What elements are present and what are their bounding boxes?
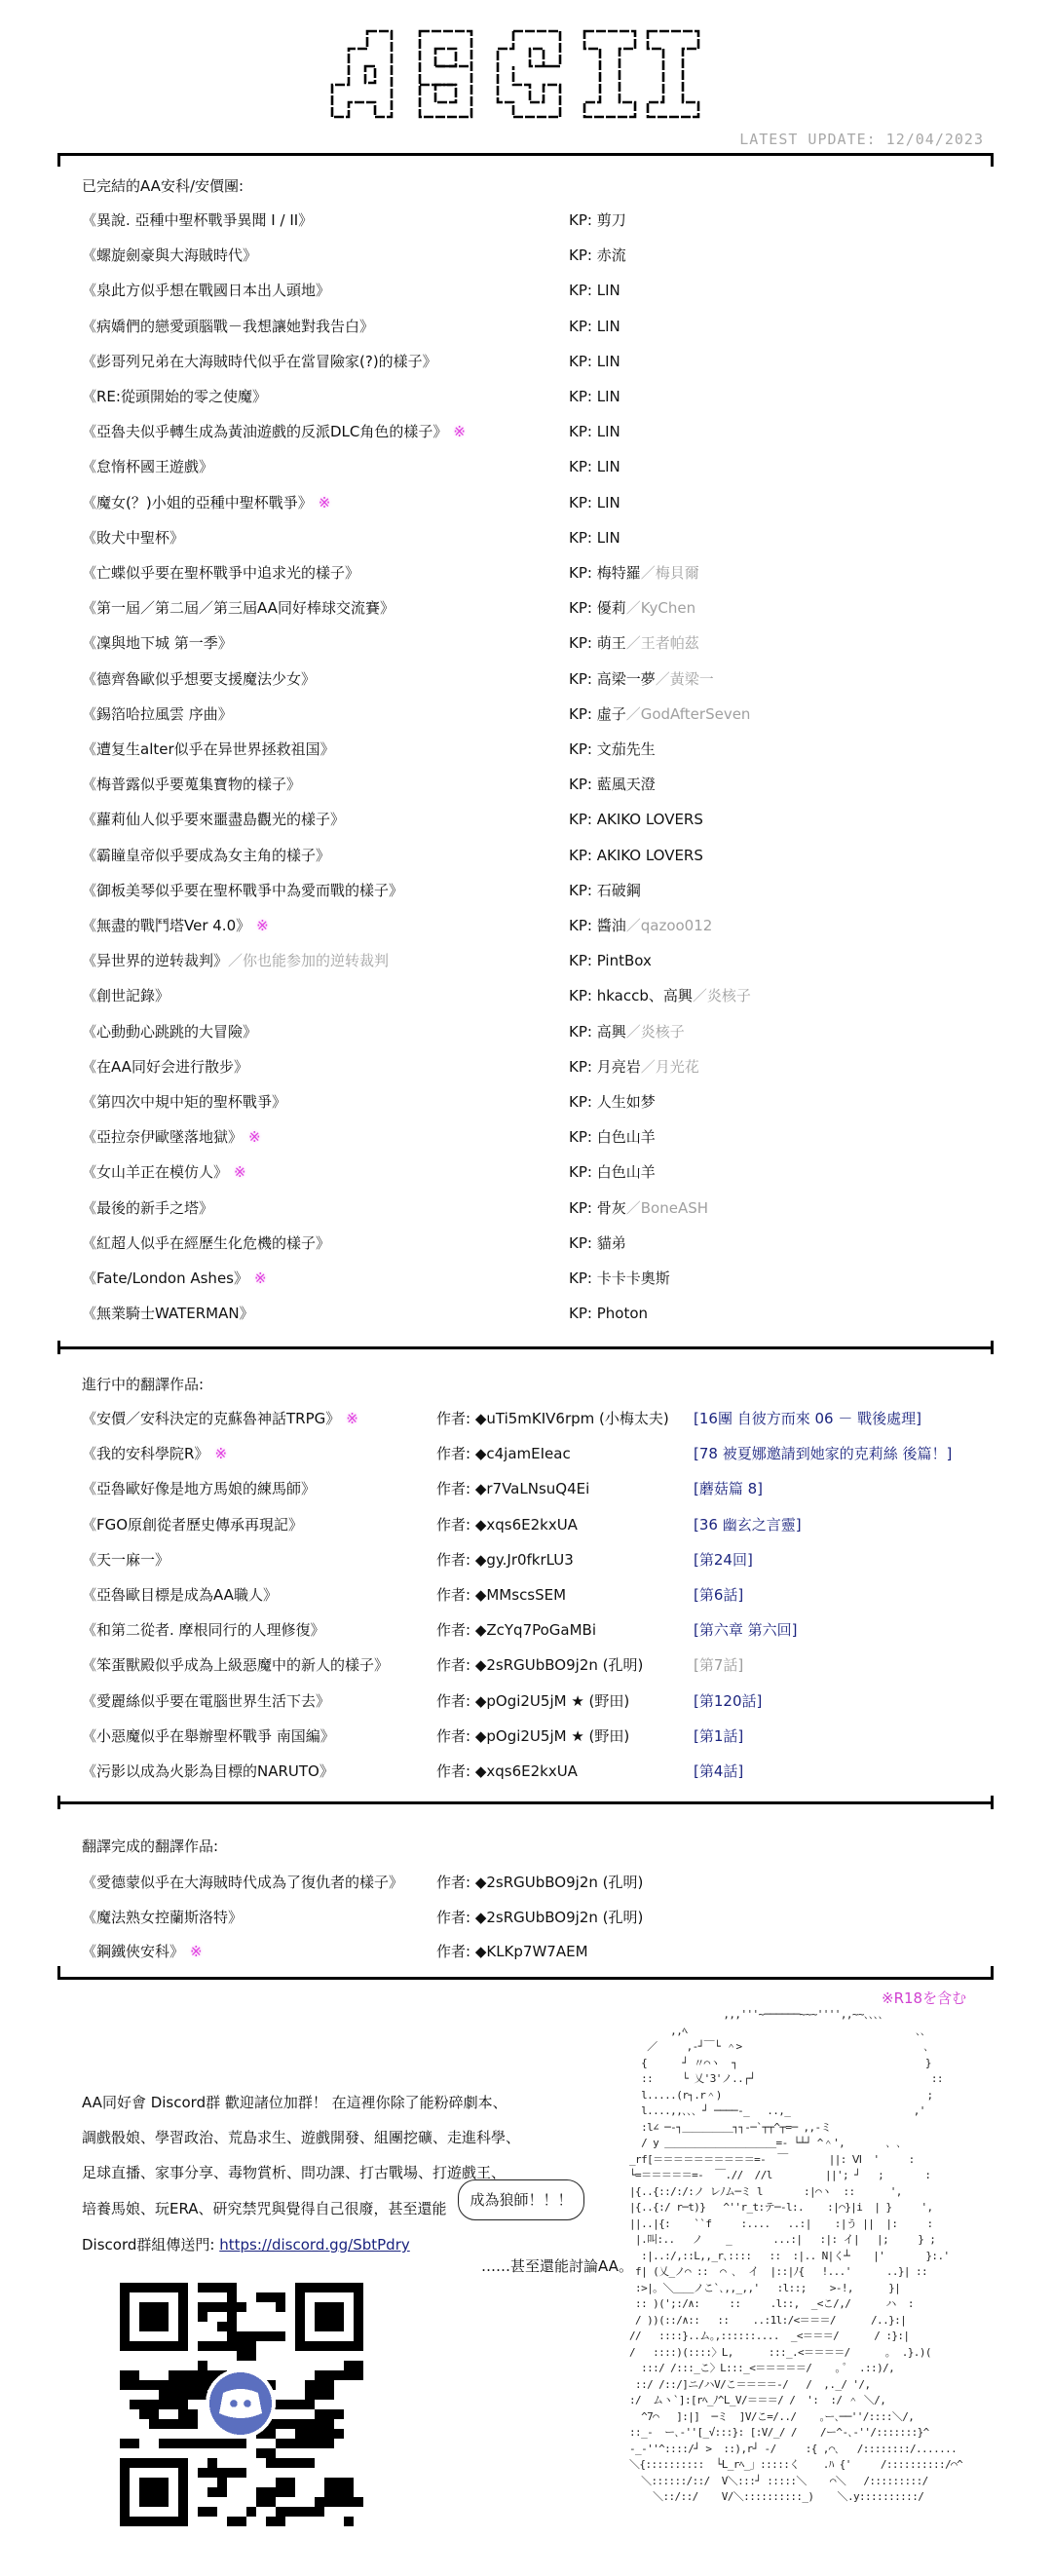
list-item-kp: KP: 虛子／GodAfterSeven <box>569 702 750 726</box>
author-name: ◆pOgi2U5jM ★ (野田) <box>475 1727 629 1745</box>
list-item-author: 作者: ◆xqs6E2kxUA <box>436 1513 578 1536</box>
kp-label: KP: <box>569 1269 597 1287</box>
work-title: 《亞魯夫似乎轉生成為黃油遊戲的反派DLC角色的樣子》 <box>82 423 447 440</box>
section-heading-ongoing: 進行中的翻譯作品: <box>82 1374 204 1394</box>
list-item-title[interactable]: 《Fate/London Ashes》※ <box>82 1267 267 1290</box>
kp-name: LIN <box>597 353 620 370</box>
list-item-author: 作者: ◆2sRGUbBO9j2n (孔明) <box>436 1653 643 1677</box>
divider-tick <box>57 1966 60 1980</box>
list-item-kp: KP: 白色山羊 <box>569 1125 656 1149</box>
work-title: 《敗犬中聖杯》 <box>82 529 184 547</box>
list-item-kp: KP: AKIKO LOVERS <box>569 808 703 831</box>
list-item-title[interactable]: 《愛麗絲似乎要在電腦世界生活下去》 <box>82 1689 330 1713</box>
author-name: ◆gy.Jr0fkrLU3 <box>475 1551 574 1569</box>
work-title: 《螺旋劍豪與大海賊時代》 <box>82 246 257 264</box>
work-title: 《遭复生alter似乎在异世界拯救祖国》 <box>82 740 335 758</box>
kp-alt-name: ／qazoo012 <box>626 917 713 934</box>
author-label: 作者: <box>436 1692 475 1710</box>
kp-name: 貓弟 <box>597 1234 626 1252</box>
section-heading-completed: 已完結的AA安科/安價團: <box>82 175 244 196</box>
kp-name: LIN <box>597 282 620 299</box>
list-item-title[interactable]: 《霸瞳皇帝似乎要成為女主角的樣子》 <box>82 844 330 867</box>
author-name: ◆xqs6E2kxUA <box>475 1516 578 1534</box>
list-item-kp: KP: LIN <box>569 279 620 302</box>
divider-tick <box>57 1341 60 1354</box>
author-label: 作者: <box>436 1727 475 1745</box>
kp-label: KP: <box>569 1234 597 1252</box>
kp-name: LIN <box>597 494 620 511</box>
author-name: ◆uTi5mKIV6rpm (小梅太夫) <box>475 1410 669 1427</box>
list-item-kp: KP: 高梁一夢／黃梁一 <box>569 667 714 691</box>
kp-name: 醬油 <box>597 917 626 934</box>
list-item-kp: KP: 赤流 <box>569 244 626 267</box>
work-title: 《Fate/London Ashes》 <box>82 1269 248 1287</box>
list-item-kp: KP: 月亮岩／月光花 <box>569 1055 699 1079</box>
list-item-title[interactable]: 《第四次中規中矩的聖杯戰爭》 <box>82 1090 286 1114</box>
divider-tick <box>991 1341 994 1354</box>
list-item-title[interactable]: 《無業騎士WATERMAN》 <box>82 1302 254 1325</box>
kp-name: LIN <box>597 458 620 475</box>
kp-name: AKIKO LOVERS <box>597 811 703 828</box>
kp-name: 剪刀 <box>597 211 626 229</box>
kp-alt-name: ／BoneASH <box>626 1199 708 1217</box>
list-item-title[interactable]: 《在AA同好会进行散步》 <box>82 1055 248 1079</box>
r18-mark-icon: ※ <box>234 1163 246 1181</box>
kp-label: KP: <box>569 423 597 440</box>
r18-mark-icon: ※ <box>453 423 466 440</box>
work-title: 《异世界的逆转裁判》 <box>82 952 228 969</box>
kp-label: KP: <box>569 599 597 617</box>
kp-name: PintBox <box>597 952 652 969</box>
work-title: 《FGO原創從者歷史傳承再現記》 <box>82 1516 303 1534</box>
work-title: 《最後的新手之塔》 <box>82 1199 213 1217</box>
divider <box>57 1977 994 1980</box>
author-name: ◆2sRGUbBO9j2n (孔明) <box>475 1909 644 1926</box>
kp-name: 石破鋼 <box>597 882 641 899</box>
list-item-author: 作者: ◆pOgi2U5jM ★ (野田) <box>436 1724 629 1748</box>
discord-text-line: AA同好會 Discord群 歡迎諸位加群！ 在這裡你除了能粉碎劇本、 <box>82 2091 507 2114</box>
list-item-kp: KP: LIN <box>569 526 620 549</box>
list-item-author: 作者: ◆ZcYq7PoGaMBi <box>436 1618 596 1642</box>
list-item-title[interactable]: 《錫箔哈拉風雲 序曲》 <box>82 702 233 726</box>
author-label: 作者: <box>436 1551 475 1569</box>
r18-mark-icon: ※ <box>248 1128 261 1146</box>
work-title: 《病嬌們的戀愛頭腦戰－我想讓她對我告白》 <box>82 318 374 335</box>
work-title: 《亞魯歐目標是成為AA職人》 <box>82 1586 278 1604</box>
list-item-author: 作者: ◆uTi5mKIV6rpm (小梅太夫) <box>436 1407 669 1430</box>
kp-name: 赤流 <box>597 246 626 264</box>
list-item-title[interactable]: 《怠惰杯國王遊戲》 <box>82 455 213 478</box>
list-item-kp: KP: 骨灰／BoneASH <box>569 1196 708 1220</box>
list-item-kp: KP: 梅特羅／梅貝爾 <box>569 561 699 585</box>
author-name: ◆2sRGUbBO9j2n (孔明) <box>475 1874 644 1891</box>
list-item-title[interactable]: 《天一麻一》 <box>82 1548 169 1572</box>
kp-alt-name: ／GodAfterSeven <box>626 705 751 723</box>
kp-name: AKIKO LOVERS <box>597 847 703 864</box>
list-item-title[interactable]: 《紅超人似乎在經歷生化危機的樣子》 <box>82 1231 330 1255</box>
kp-label: KP: <box>569 705 597 723</box>
list-item-author: 作者: ◆2sRGUbBO9j2n (孔明) <box>436 1906 643 1929</box>
kp-label: KP: <box>569 1023 597 1041</box>
list-item-kp: KP: LIN <box>569 315 620 338</box>
divider-tick <box>991 153 994 167</box>
work-title: 《凜與地下城 第一季》 <box>82 634 233 652</box>
kp-name: LIN <box>597 423 620 440</box>
kp-label: KP: <box>569 634 597 652</box>
list-item-kp: KP: 石破鋼 <box>569 879 641 902</box>
work-title: 《小惡魔似乎在舉辦聖杯戰爭 南国編》 <box>82 1727 335 1745</box>
kp-alt-name: ／炎核子 <box>626 1023 685 1041</box>
kp-label: KP: <box>569 776 597 793</box>
author-name: ◆r7VaLNsuQ4Ei <box>475 1480 589 1497</box>
latest-chapter-link[interactable]: [第1話] <box>694 1724 743 1748</box>
list-item-title[interactable]: 《安價／安科決定的克蘇魯神話TRPG》※ <box>82 1407 358 1430</box>
work-title: 《魔女(？)小姐的亞種中聖杯戰爭》 <box>82 494 313 511</box>
divider <box>57 1346 994 1349</box>
work-title: 《和第二從者. 摩根同行的人理修復》 <box>82 1621 325 1639</box>
kp-alt-name: ／黃梁一 <box>656 670 714 688</box>
author-label: 作者: <box>436 1621 475 1639</box>
author-name: ◆MMscsSEM <box>475 1586 566 1604</box>
discord-link-label: Discord群組傳送門: <box>82 2236 219 2254</box>
work-title: 《RE:從頭開始的零之使魔》 <box>82 388 267 405</box>
author-label: 作者: <box>436 1516 475 1534</box>
latest-chapter-link[interactable]: [蘑菇篇 8] <box>694 1477 763 1500</box>
author-name: ◆c4jamEIeac <box>475 1445 571 1462</box>
list-item-title[interactable]: 《亞魯歐目標是成為AA職人》 <box>82 1583 278 1607</box>
list-item-title[interactable]: 《和第二從者. 摩根同行的人理修復》 <box>82 1618 325 1642</box>
discord-text-line: 調戲骰娘、學習政治、荒島求生、遊戲開發、組團挖礦、走進科學、 <box>82 2126 520 2149</box>
author-label: 作者: <box>436 1943 475 1960</box>
work-title: 《亞魯歐好像是地方馬娘的練馬師》 <box>82 1480 316 1497</box>
divider-tick <box>991 1966 994 1980</box>
divider <box>57 153 994 156</box>
list-item-title[interactable]: 《女山羊正在模仿人》※ <box>82 1160 246 1184</box>
kp-name: 藍風天澄 <box>597 776 656 793</box>
kp-name: LIN <box>597 529 620 547</box>
kp-name: 優莉 <box>597 599 626 617</box>
discord-logo-icon <box>206 2368 276 2439</box>
list-item-author: 作者: ◆MMscsSEM <box>436 1583 566 1607</box>
list-item-title[interactable]: 《愛德蒙似乎在大海賊時代成為了復仇者的樣子》 <box>82 1871 403 1894</box>
aside-text: ……甚至還能討論AA。 <box>481 2255 633 2276</box>
kp-label: KP: <box>569 1199 597 1217</box>
work-title: 《梅普露似乎要蒐集寶物的樣子》 <box>82 776 301 793</box>
kp-label: KP: <box>569 246 597 264</box>
latest-chapter-link[interactable]: [第6話] <box>694 1583 743 1607</box>
section-heading-finished: 翻譯完成的翻譯作品: <box>82 1836 218 1856</box>
author-name: ◆xqs6E2kxUA <box>475 1762 578 1780</box>
author-name: ◆pOgi2U5jM ★ (野田) <box>475 1692 629 1710</box>
kp-label: KP: <box>569 987 597 1004</box>
list-item-title[interactable]: 《RE:從頭開始的零之使魔》 <box>82 385 267 408</box>
list-item-title[interactable]: 《遭复生alter似乎在异世界拯救祖国》 <box>82 738 335 761</box>
r18-mark-icon: ※ <box>254 1269 267 1287</box>
work-title: 《鋼鐵俠安科》 <box>82 1943 184 1960</box>
work-title: 《泉此方似乎想在戰國日本出人頭地》 <box>82 282 330 299</box>
kp-alt-name: ／月光花 <box>641 1058 699 1076</box>
list-item-kp: KP: 醬油／qazoo012 <box>569 914 712 937</box>
kp-label: KP: <box>569 670 597 688</box>
list-item-title[interactable]: 《魔法熟女控蘭斯洛特》 <box>82 1906 243 1929</box>
latest-chapter-link[interactable]: [第7話] <box>694 1653 743 1677</box>
divider-tick <box>991 1796 994 1809</box>
author-name: ◆ZcYq7PoGaMBi <box>475 1621 596 1639</box>
kp-label: KP: <box>569 847 597 864</box>
discord-link-line: Discord群組傳送門: https://discord.gg/SbtPdry <box>82 2233 410 2256</box>
author-label: 作者: <box>436 1656 475 1674</box>
list-item-title[interactable]: 《異說. 亞種中聖杯戰爭異聞 I / II》 <box>82 208 313 232</box>
author-name: ◆2sRGUbBO9j2n (孔明) <box>475 1656 644 1674</box>
work-title: 《我的安科學院R》 <box>82 1445 208 1462</box>
list-item-title[interactable]: 《病嬌們的戀愛頭腦戰－我想讓她對我告白》 <box>82 315 374 338</box>
kp-label: KP: <box>569 740 597 758</box>
list-item-title[interactable]: 《御板美琴似乎要在聖杯戰爭中為愛而戰的樣子》 <box>82 879 403 902</box>
kp-label: KP: <box>569 952 597 969</box>
list-item-kp: KP: 剪刀 <box>569 208 626 232</box>
list-item-title[interactable]: 《亡蝶似乎要在聖杯戰爭中追求光的樣子》 <box>82 561 359 585</box>
work-title: 《天一麻一》 <box>82 1551 169 1569</box>
list-item-title[interactable]: 《創世記錄》 <box>82 984 169 1007</box>
kp-label: KP: <box>569 811 597 828</box>
kp-label: KP: <box>569 917 597 934</box>
kp-label: KP: <box>569 318 597 335</box>
list-item-kp: KP: Photon <box>569 1302 648 1325</box>
list-item-author: 作者: ◆gy.Jr0fkrLU3 <box>436 1548 574 1572</box>
author-label: 作者: <box>436 1480 475 1497</box>
kp-name: 虛子 <box>597 705 626 723</box>
list-item-kp: KP: 高興／炎核子 <box>569 1020 685 1043</box>
kp-label: KP: <box>569 529 597 547</box>
kp-label: KP: <box>569 1128 597 1146</box>
r18-mark-icon: ※ <box>190 1943 203 1960</box>
latest-chapter-link[interactable]: [第4話] <box>694 1760 743 1783</box>
kp-alt-name: ／梅貝爾 <box>641 564 699 582</box>
list-item-kp: KP: LIN <box>569 455 620 478</box>
work-title: 《錫箔哈拉風雲 序曲》 <box>82 705 233 723</box>
r18-mark-icon: ※ <box>256 917 269 934</box>
list-item-title[interactable]: 《亞魯歐好像是地方馬娘的練馬師》 <box>82 1477 316 1500</box>
work-title: 《第四次中規中矩的聖杯戰爭》 <box>82 1093 286 1111</box>
work-title: 《女山羊正在模仿人》 <box>82 1163 228 1181</box>
list-item-title[interactable]: 《德齊魯歐似乎想要支援魔法少女》 <box>82 667 316 691</box>
kp-label: KP: <box>569 1058 597 1076</box>
kp-alt-name: ／KyChen <box>626 599 695 617</box>
work-title: 《在AA同好会进行散步》 <box>82 1058 248 1076</box>
work-title: 《彭哥列兄弟在大海賊時代似乎在當冒險家(?)的樣子》 <box>82 353 437 370</box>
author-label: 作者: <box>436 1909 475 1926</box>
kp-name: 白色山羊 <box>597 1128 656 1146</box>
r18-mark-icon: ※ <box>214 1445 227 1462</box>
kp-label: KP: <box>569 1163 597 1181</box>
latest-chapter-link[interactable]: [第24回] <box>694 1548 753 1572</box>
list-item-title[interactable]: 《彭哥列兄弟在大海賊時代似乎在當冒險家(?)的樣子》 <box>82 350 437 373</box>
kp-label: KP: <box>569 353 597 370</box>
work-title: 《亞拉奈伊歐墜落地獄》 <box>82 1128 243 1146</box>
kp-name: 文茄先生 <box>597 740 656 758</box>
list-item-title[interactable]: 《笨蛋獸殿似乎成為上級惡魔中的新人的樣子》 <box>82 1653 389 1677</box>
kp-label: KP: <box>569 388 597 405</box>
list-item-kp: KP: 人生如梦 <box>569 1090 656 1114</box>
work-title: 《創世記錄》 <box>82 987 169 1004</box>
list-item-kp: KP: AKIKO LOVERS <box>569 844 703 867</box>
list-item-title[interactable]: 《污影以成為火影為目標的NARUTO》 <box>82 1760 334 1783</box>
latest-update: LATEST UPDATE: 12/04/2023 <box>739 131 984 148</box>
r18-note: ※R18を含む <box>882 1988 966 2008</box>
work-title: 《愛麗絲似乎要在電腦世界生活下去》 <box>82 1692 330 1710</box>
kp-alt-name: ／王者帕茲 <box>626 634 699 652</box>
list-item-kp: KP: LIN <box>569 420 620 443</box>
kp-label: KP: <box>569 211 597 229</box>
divider <box>57 1801 994 1804</box>
kp-label: KP: <box>569 494 597 511</box>
list-item-title[interactable]: 《魔女(？)小姐的亞種中聖杯戰爭》※ <box>82 491 330 514</box>
kp-name: 人生如梦 <box>597 1093 656 1111</box>
list-item-kp: KP: LIN <box>569 385 620 408</box>
list-item-title[interactable]: 《第一屆／第二屆／第三屆AA同好棒球交流賽》 <box>82 596 394 620</box>
discord-invite-link[interactable]: https://discord.gg/SbtPdry <box>219 2236 410 2254</box>
work-title: 《心動動心跳跳的大冒險》 <box>82 1023 257 1041</box>
kp-name: 梅特羅 <box>597 564 641 582</box>
kp-label: KP: <box>569 458 597 475</box>
kp-name: 高興 <box>597 1023 626 1041</box>
list-item-title[interactable]: 《亞拉奈伊歐墜落地獄》※ <box>82 1125 261 1149</box>
list-item-title[interactable]: 《最後的新手之塔》 <box>82 1196 213 1220</box>
kp-name: LIN <box>597 318 620 335</box>
list-item-author: 作者: ◆c4jamEIeac <box>436 1442 571 1465</box>
list-item-kp: KP: PintBox <box>569 949 652 972</box>
list-item-title[interactable]: 《鋼鐵俠安科》※ <box>82 1940 203 1963</box>
list-item-title[interactable]: 《凜與地下城 第一季》 <box>82 631 233 655</box>
list-item-title[interactable]: 《梅普露似乎要蒐集寶物的樣子》 <box>82 773 301 796</box>
kp-name: hkaccb、高興 <box>597 987 693 1004</box>
work-title: 《蘿莉仙人似乎要來噩盡島觀光的樣子》 <box>82 811 345 828</box>
divider-tick <box>57 153 60 167</box>
kp-name: 高梁一夢 <box>597 670 656 688</box>
kp-alt-name: ／炎核子 <box>693 987 751 1004</box>
r18-mark-icon: ※ <box>319 494 331 511</box>
kp-name: 月亮岩 <box>597 1058 641 1076</box>
work-title: 《御板美琴似乎要在聖杯戰爭中為愛而戰的樣子》 <box>82 882 403 899</box>
list-item-title[interactable]: 《無盡的戰鬥塔Ver 4.0》※ <box>82 914 269 937</box>
list-item-title[interactable]: 《泉此方似乎想在戰國日本出人頭地》 <box>82 279 330 302</box>
list-item-title[interactable]: 《小惡魔似乎在舉辦聖杯戰爭 南国編》 <box>82 1724 335 1748</box>
discord-qr-code[interactable] <box>120 2283 363 2526</box>
speech-bubble: 成為狼師！！！ <box>458 2179 584 2220</box>
work-title: 《無盡的戰鬥塔Ver 4.0》 <box>82 917 250 934</box>
author-label: 作者: <box>436 1586 475 1604</box>
work-title: 《德齊魯歐似乎想要支援魔法少女》 <box>82 670 316 688</box>
latest-chapter-link[interactable]: [16團 自彼方而來 06 － 戰後處理] <box>694 1407 921 1430</box>
work-title: 《愛德蒙似乎在大海賊時代成為了復仇者的樣子》 <box>82 1874 403 1891</box>
work-title: 《異說. 亞種中聖杯戰爭異聞 I / II》 <box>82 211 313 229</box>
work-title: 《紅超人似乎在經歷生化危機的樣子》 <box>82 1234 330 1252</box>
list-item-kp: KP: LIN <box>569 491 620 514</box>
list-item-kp: KP: 白色山羊 <box>569 1160 656 1184</box>
kp-label: KP: <box>569 1093 597 1111</box>
list-item-author: 作者: ◆pOgi2U5jM ★ (野田) <box>436 1689 629 1713</box>
kp-label: KP: <box>569 1305 597 1322</box>
latest-chapter-link[interactable]: [78 被夏娜邀請到她家的克莉絲 後篇！] <box>694 1442 952 1465</box>
ascii-logo: ASCII <box>321 27 711 131</box>
list-item-kp: KP: 貓弟 <box>569 1231 626 1255</box>
list-item-title[interactable]: 《心動動心跳跳的大冒險》 <box>82 1020 257 1043</box>
list-item-kp: KP: LIN <box>569 350 620 373</box>
work-title-alt: ／你也能参加的逆转裁判 <box>228 952 389 969</box>
list-item-kp: KP: 藍風天澄 <box>569 773 656 796</box>
work-title: 《污影以成為火影為目標的NARUTO》 <box>82 1762 334 1780</box>
work-title: 《怠惰杯國王遊戲》 <box>82 458 213 475</box>
list-item-title[interactable]: 《亞魯夫似乎轉生成為黃油遊戲的反派DLC角色的樣子》※ <box>82 420 466 443</box>
kp-name: Photon <box>597 1305 648 1322</box>
author-label: 作者: <box>436 1762 475 1780</box>
work-title: 《亡蝶似乎要在聖杯戰爭中追求光的樣子》 <box>82 564 359 582</box>
latest-chapter-link[interactable]: [第六章 第六回] <box>694 1618 797 1642</box>
list-item-author: 作者: ◆xqs6E2kxUA <box>436 1760 578 1783</box>
list-item-kp: KP: 優莉／KyChen <box>569 596 695 620</box>
divider-tick <box>57 1796 60 1809</box>
list-item-kp: KP: 萌王／王者帕茲 <box>569 631 699 655</box>
author-label: 作者: <box>436 1410 475 1427</box>
kp-name: 萌王 <box>597 634 626 652</box>
list-item-author: 作者: ◆2sRGUbBO9j2n (孔明) <box>436 1871 643 1894</box>
author-label: 作者: <box>436 1445 475 1462</box>
list-item-author: 作者: ◆KLKp7W7AEM <box>436 1940 588 1963</box>
author-name: ◆KLKp7W7AEM <box>475 1943 588 1960</box>
discord-text-line: 足球直播、家事分享、毒物賞析、問功課、打古戰場、打遊戲王、 <box>82 2161 506 2184</box>
work-title: 《霸瞳皇帝似乎要成為女主角的樣子》 <box>82 847 330 864</box>
list-item-title[interactable]: 《我的安科學院R》※ <box>82 1442 227 1465</box>
kp-label: KP: <box>569 564 597 582</box>
kp-name: 卡卡卡奧斯 <box>597 1269 670 1287</box>
list-item-kp: KP: 文茄先生 <box>569 738 656 761</box>
list-item-kp: KP: 卡卡卡奧斯 <box>569 1267 670 1290</box>
list-item-title[interactable]: 《蘿莉仙人似乎要來噩盡島觀光的樣子》 <box>82 808 345 831</box>
work-title: 《安價／安科決定的克蘇魯神話TRPG》 <box>82 1410 340 1427</box>
kp-label: KP: <box>569 882 597 899</box>
kp-name: 白色山羊 <box>597 1163 656 1181</box>
list-item-title[interactable]: 《螺旋劍豪與大海賊時代》 <box>82 244 257 267</box>
list-item-kp: KP: hkaccb、高興／炎核子 <box>569 984 751 1007</box>
work-title: 《無業騎士WATERMAN》 <box>82 1305 254 1322</box>
list-item-author: 作者: ◆r7VaLNsuQ4Ei <box>436 1477 589 1500</box>
ascii-art-illustration: ,,,'''~──────~~~'''',,~~､､､､ ,,ﾍ ､､ ／ ,-… <box>623 2007 1033 2562</box>
r18-mark-icon: ※ <box>346 1410 358 1427</box>
list-item-title[interactable]: 《FGO原創從者歷史傳承再現記》 <box>82 1513 303 1536</box>
work-title: 《笨蛋獸殿似乎成為上級惡魔中的新人的樣子》 <box>82 1656 389 1674</box>
latest-chapter-link[interactable]: [36 幽玄之言靈] <box>694 1513 802 1536</box>
latest-chapter-link[interactable]: [第120話] <box>694 1689 762 1713</box>
list-item-title[interactable]: 《异世界的逆转裁判》／你也能参加的逆转裁判 <box>82 949 389 972</box>
kp-label: KP: <box>569 282 597 299</box>
work-title: 《第一屆／第二屆／第三屆AA同好棒球交流賽》 <box>82 599 394 617</box>
kp-name: LIN <box>597 388 620 405</box>
list-item-title[interactable]: 《敗犬中聖杯》 <box>82 526 184 549</box>
work-title: 《魔法熟女控蘭斯洛特》 <box>82 1909 243 1926</box>
author-label: 作者: <box>436 1874 475 1891</box>
kp-name: 骨灰 <box>597 1199 626 1217</box>
discord-text-line: 培養馬娘、玩ERA、研究禁咒與覺得自己很廢，甚至還能 <box>82 2197 447 2220</box>
